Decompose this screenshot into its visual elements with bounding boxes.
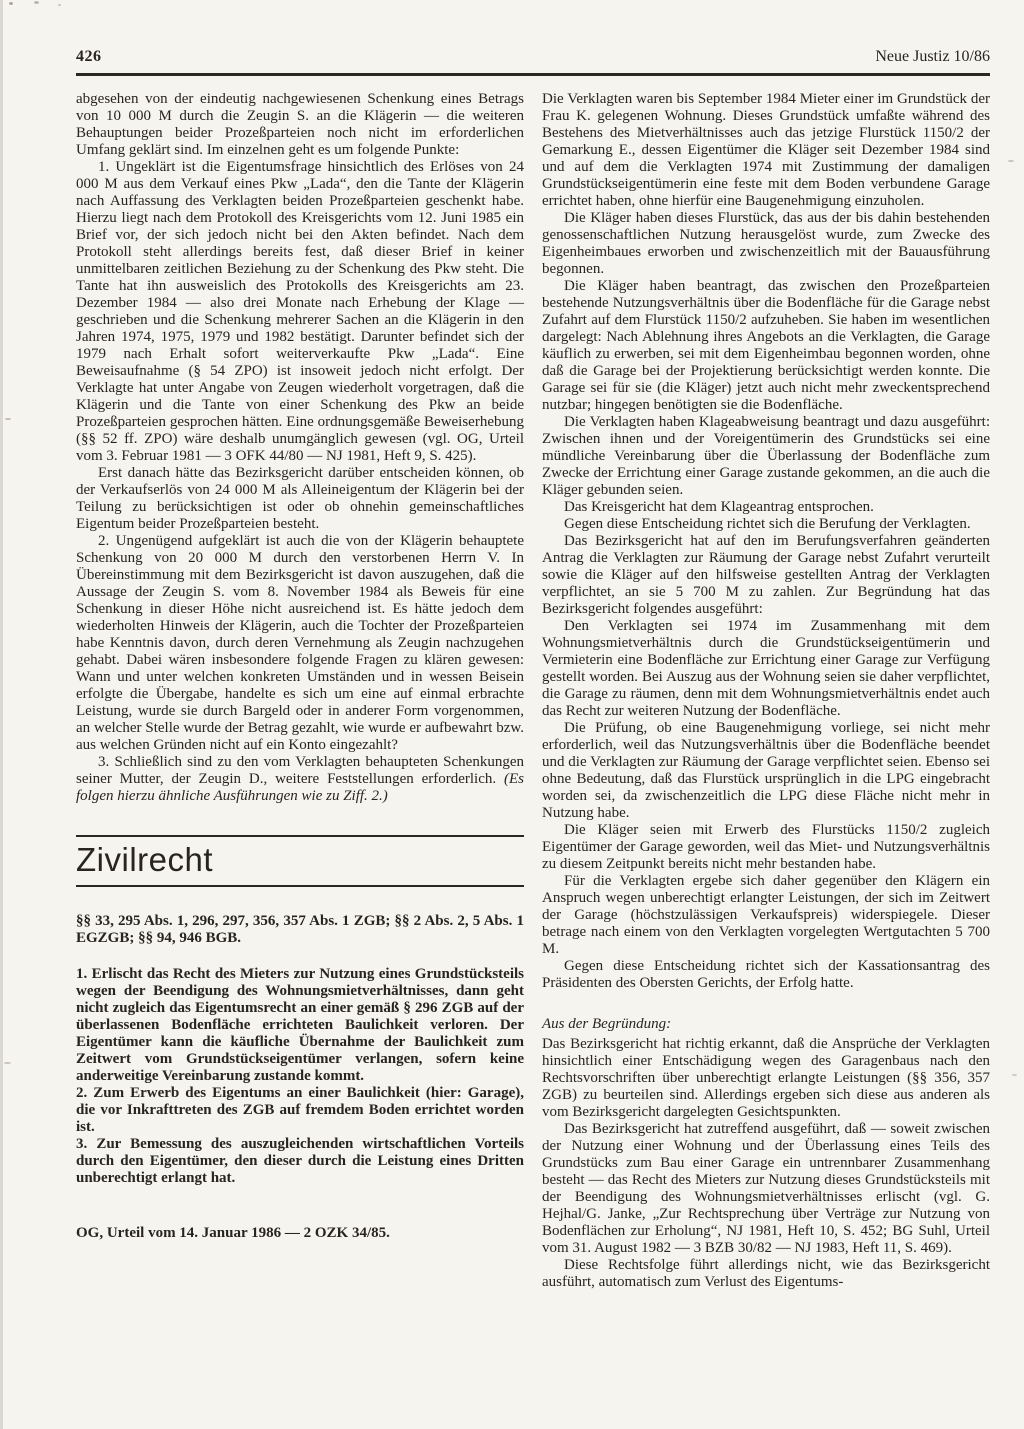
headnotes: 1. Erlischt das Recht des Mieters zur Nu… [76, 966, 524, 1187]
scan-speckle [1008, 160, 1014, 162]
journal-page: 426 Neue Justiz 10/86 abgesehen von der … [0, 0, 1024, 1429]
scan-speckle [58, 4, 61, 6]
section-rule-top [76, 835, 524, 837]
page-number: 426 [76, 48, 102, 66]
scan-speckle [1012, 1074, 1017, 1076]
scan-speckle [5, 418, 11, 420]
body-paragraph: Den Verklagten sei 1974 im Zusammenhang … [542, 618, 990, 720]
right-column: Die Verklagten waren bis September 1984 … [542, 91, 990, 1291]
scan-edge-shadow [0, 0, 3, 1429]
section-heading-block: Zivilrecht [76, 835, 524, 887]
reasoning-heading: Aus der Begründung: [542, 1016, 990, 1033]
body-paragraph: Die Verklagten waren bis September 1984 … [542, 91, 990, 210]
body-paragraph: Das Bezirksgericht hat richtig erkannt, … [542, 1036, 990, 1121]
journal-title: Neue Justiz 10/86 [875, 48, 990, 66]
header-rule [76, 73, 990, 76]
page-header: 426 Neue Justiz 10/86 [76, 0, 990, 66]
body-paragraph: 3. Schließlich sind zu den vom Verklagte… [76, 754, 524, 805]
statutes-line: §§ 33, 295 Abs. 1, 296, 297, 356, 357 Ab… [76, 913, 524, 947]
scan-speckle [9, 2, 13, 5]
body-paragraph: Die Kläger haben dieses Flurstück, das a… [542, 210, 990, 278]
left-column: abgesehen von der eindeutig nachgewiesen… [76, 91, 524, 1291]
body-paragraph: 1. Ungeklärt ist die Eigentumsfrage hins… [76, 159, 524, 465]
headnote: 1. Erlischt das Recht des Mieters zur Nu… [76, 966, 524, 1085]
scan-speckle [4, 1062, 11, 1064]
headnote: 3. Zur Bemessung des auszugleichenden wi… [76, 1136, 524, 1187]
body-paragraph: Die Prüfung, ob eine Baugenehmigung vorl… [542, 720, 990, 822]
body-paragraph: Die Verklagten haben Klageabweisung bean… [542, 414, 990, 499]
headnote: 2. Zum Erwerb des Eigentums an einer Bau… [76, 1085, 524, 1136]
body-paragraph: Das Kreisgericht hat dem Klageantrag ent… [542, 499, 990, 516]
body-paragraph: abgesehen von der eindeutig nachgewiesen… [76, 91, 524, 159]
scan-speckle [34, 1, 39, 4]
section-heading-zivilrecht: Zivilrecht [76, 842, 524, 878]
body-paragraph: Die Kläger seien mit Erwerb des Flurstüc… [542, 822, 990, 873]
case-citation: OG, Urteil vom 14. Januar 1986 — 2 OZK 3… [76, 1225, 524, 1242]
body-paragraph: Erst danach hätte das Bezirksgericht dar… [76, 465, 524, 533]
body-paragraph: Das Bezirksgericht hat auf den im Berufu… [542, 533, 990, 618]
body-paragraph: Diese Rechtsfolge führt allerdings nicht… [542, 1257, 990, 1291]
body-paragraph: 2. Ungenügend aufgeklärt ist auch die vo… [76, 533, 524, 754]
body-paragraph: Gegen diese Entscheidung richtet sich di… [542, 516, 990, 533]
body-paragraph: Die Kläger haben beantragt, das zwischen… [542, 278, 990, 414]
section-rule-bottom [76, 885, 524, 887]
body-paragraph: Das Bezirksgericht hat zutreffend ausgef… [542, 1121, 990, 1257]
page-body: abgesehen von der eindeutig nachgewiesen… [76, 91, 990, 1291]
body-paragraph: Gegen diese Entscheidung richtet sich de… [542, 958, 990, 992]
body-text: 3. Schließlich sind zu den vom Verklagte… [76, 754, 524, 787]
body-paragraph: Für die Verklagten ergebe sich daher geg… [542, 873, 990, 958]
